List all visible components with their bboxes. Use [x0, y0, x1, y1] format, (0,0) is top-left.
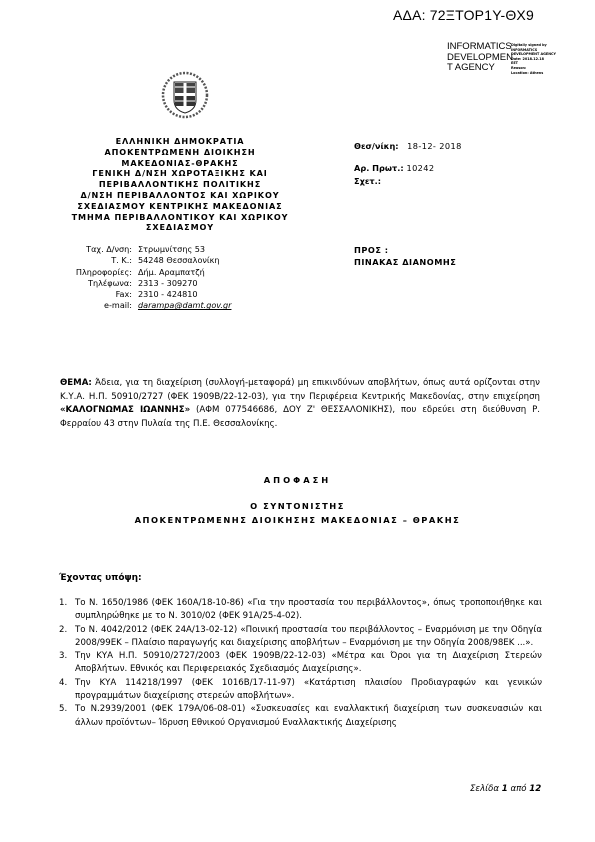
item-text: Την ΚΥΑ Η.Π. 50910/2727/2003 (ΦΕΚ 1909Β/…: [75, 650, 542, 677]
org-line: ΓΕΝΙΚΗ Δ/ΝΣΗ ΧΩΡΟΤΑΞΙΚΗΣ ΚΑΙ: [60, 168, 300, 179]
contact-label: Τ. Κ.:: [60, 255, 132, 266]
contact-row-email: e-mail:darampa@damt.gov.gr: [60, 300, 231, 311]
protocol-number: Αρ. Πρωτ.: 10242: [354, 163, 435, 173]
related-label: Σχετ.:: [354, 176, 381, 186]
page-current: 1: [502, 784, 508, 794]
digital-signature-details[interactable]: Digitally signed by INFORMATICS DEVELOPM…: [511, 43, 556, 75]
contact-row-fax: Fax:2310 - 424810: [60, 289, 231, 300]
item-text: Το Ν.2939/2001 (ΦΕΚ 179Α/06-08-01) «Συσκ…: [75, 703, 542, 730]
page-word: Σελίδα: [470, 784, 499, 794]
contact-row-address: Ταχ. Δ/νση:Στρωμνίτσης 53: [60, 244, 231, 255]
page-total: 12: [529, 784, 541, 794]
of-word: από: [510, 784, 526, 794]
org-line: ΠΕΡΙΒΑΛΛΟΝΤΙΚΗΣ ΠΟΛΙΤΙΚΗΣ: [60, 179, 300, 190]
item-number: 4.: [59, 677, 75, 704]
list-item: 1.Το Ν. 1650/1986 (ΦΕΚ 160Α/18-10-86) «Γ…: [59, 597, 542, 624]
greek-coat-of-arms-icon: [160, 70, 210, 120]
email-link[interactable]: darampa@damt.gov.gr: [138, 300, 231, 311]
coordinator-heading: Ο ΣΥΝΤΟΝΙΣΤΗΣ ΑΠΟΚΕΝΤΡΩΜΕΝΗΣ ΔΙΟΙΚΗΣΗΣ Μ…: [0, 499, 595, 527]
item-text: Το Ν. 4042/2012 (ΦΕΚ 24Α/13-02-12) «Ποιν…: [75, 624, 542, 651]
decision-title: ΑΠΟΦΑΣΗ: [0, 475, 595, 485]
contact-value: 54248 Θεσσαλονίκη: [138, 255, 220, 266]
contact-value: 2313 - 309270: [138, 278, 198, 289]
contact-row-postcode: Τ. Κ.:54248 Θεσσαλονίκη: [60, 255, 231, 266]
item-number: 3.: [59, 650, 75, 677]
recipient-label: ΠΡΟΣ :: [354, 244, 456, 256]
subject-text: Άδεια, για τη διαχείριση (συλλογή-μεταφο…: [60, 378, 540, 402]
contact-value: Στρωμνίτσης 53: [138, 244, 205, 255]
date-label: Θεσ/νίκη:: [354, 141, 399, 151]
agency-name-line: INFORMATICS: [447, 42, 513, 53]
coordinator-line: Ο ΣΥΝΤΟΝΙΣΤΗΣ: [0, 499, 595, 513]
issuing-organization: ΕΛΛΗΝΙΚΗ ΔΗΜΟΚΡΑΤΙΑ ΑΠΟΚΕΝΤΡΩΜΕΝΗ ΔΙΟΙΚΗ…: [60, 136, 300, 233]
company-name: «ΚΑΛΟΓΝΩΜΑΣ ΙΩΑΝΝΗΣ»: [60, 405, 190, 415]
org-line: ΣΧΕΔΙΑΣΜΟΥ ΚΕΝΤΡΙΚΗΣ ΜΑΚΕΔΟΝΙΑΣ: [60, 201, 300, 212]
agency-name-line: T AGENCY: [447, 63, 513, 74]
signature-line: Location: Athens: [511, 71, 556, 76]
item-text: Το Ν. 1650/1986 (ΦΕΚ 160Α/18-10-86) «Για…: [75, 597, 542, 624]
org-line: ΤΜΗΜΑ ΠΕΡΙΒΑΛΛΟΝΤΙΚΟΥ ΚΑΙ ΧΩΡΙΚΟΥ: [60, 212, 300, 223]
list-item: 3.Την ΚΥΑ Η.Π. 50910/2727/2003 (ΦΕΚ 1909…: [59, 650, 542, 677]
item-number: 5.: [59, 703, 75, 730]
contact-label: Πληροφορίες:: [60, 267, 132, 278]
document-date: Θεσ/νίκη: 18-12- 2018: [354, 141, 462, 151]
contact-row-info: Πληροφορίες:Δήμ. Αραμπατζή: [60, 267, 231, 278]
related-ref: Σχετ.:: [354, 176, 381, 186]
list-item: 2.Το Ν. 4042/2012 (ΦΕΚ 24Α/13-02-12) «Πο…: [59, 624, 542, 651]
recipient-value: ΠΙΝΑΚΑΣ ΔΙΑΝΟΜΗΣ: [354, 256, 456, 268]
contact-row-phone: Τηλέφωνα:2313 - 309270: [60, 278, 231, 289]
legal-basis-list: 1.Το Ν. 1650/1986 (ΦΕΚ 160Α/18-10-86) «Γ…: [59, 597, 542, 730]
item-text: Την ΚΥΑ 114218/1997 (ΦΕΚ 1016Β/17-11-97)…: [75, 677, 542, 704]
org-line: Δ/ΝΣΗ ΠΕΡΙΒΑΛΛΟΝΤΟΣ ΚΑΙ ΧΩΡΙΚΟΥ: [60, 190, 300, 201]
contact-label: Ταχ. Δ/νση:: [60, 244, 132, 255]
subject-paragraph: ΘΕΜΑ: Άδεια, για τη διαχείριση (συλλογή-…: [60, 377, 540, 431]
signer-agency-name: INFORMATICS DEVELOPMEN T AGENCY: [447, 42, 513, 74]
protocol-value: 10242: [406, 163, 434, 173]
recipient-block: ΠΡΟΣ : ΠΙΝΑΚΑΣ ΔΙΑΝΟΜΗΣ: [354, 244, 456, 268]
considering-heading: Έχοντας υπόψη:: [59, 573, 142, 583]
protocol-label: Αρ. Πρωτ.:: [354, 163, 404, 173]
org-line: ΣΧΕΔΙΑΣΜΟΥ: [60, 222, 300, 233]
item-number: 1.: [59, 597, 75, 624]
page-number: Σελίδα 1 από 12: [470, 784, 541, 794]
contact-value: 2310 - 424810: [138, 289, 198, 300]
contact-label: Τηλέφωνα:: [60, 278, 132, 289]
subject-label: ΘΕΜΑ:: [60, 378, 92, 388]
contact-value: Δήμ. Αραμπατζή: [138, 267, 205, 278]
coordinator-line: ΑΠΟΚΕΝΤΡΩΜΕΝΗΣ ΔΙΟΙΚΗΣΗΣ ΜΑΚΕΔΟΝΙΑΣ – ΘΡ…: [0, 513, 595, 527]
list-item: 5.Το Ν.2939/2001 (ΦΕΚ 179Α/06-08-01) «Συ…: [59, 703, 542, 730]
list-item: 4.Την ΚΥΑ 114218/1997 (ΦΕΚ 1016Β/17-11-9…: [59, 677, 542, 704]
org-line: ΑΠΟΚΕΝΤΡΩΜΕΝΗ ΔΙΟΙΚΗΣΗ: [60, 147, 300, 158]
contact-label: Fax:: [60, 289, 132, 300]
item-number: 2.: [59, 624, 75, 651]
ada-code: ΑΔΑ: 72ΞΤΟΡ1Υ-ΘΧ9: [393, 7, 534, 23]
org-line: ΜΑΚΕΔΟΝΙΑΣ-ΘΡΑΚΗΣ: [60, 158, 300, 169]
contact-details: Ταχ. Δ/νση:Στρωμνίτσης 53 Τ. Κ.:54248 Θε…: [60, 244, 231, 312]
date-value: 18-12- 2018: [407, 141, 462, 151]
org-line: ΕΛΛΗΝΙΚΗ ΔΗΜΟΚΡΑΤΙΑ: [60, 136, 300, 147]
contact-label: e-mail:: [60, 300, 132, 311]
